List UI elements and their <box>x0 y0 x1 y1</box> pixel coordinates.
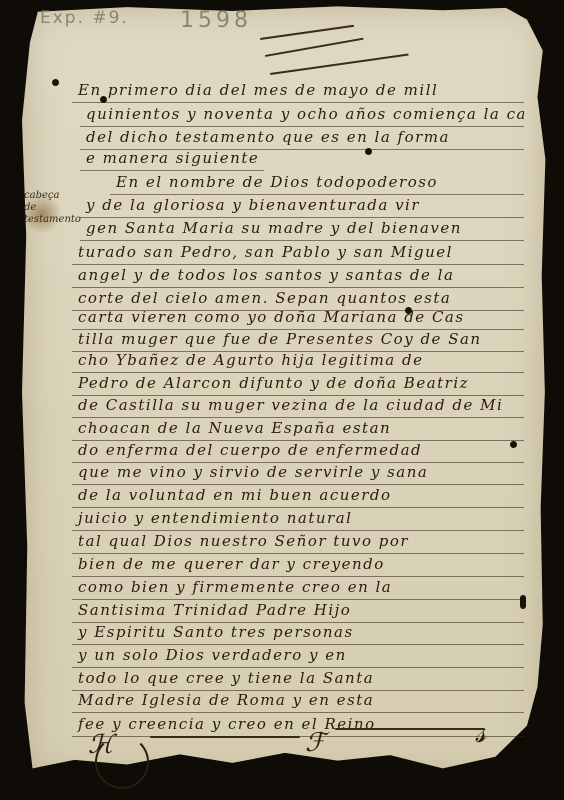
text-line: turado san Pedro, san Pablo y san Miguel <box>72 240 524 265</box>
text-line: e manera siguiente <box>80 146 264 171</box>
text-line: tal qual Dios nuestro Señor tuvo por <box>72 529 524 554</box>
ink-dot <box>365 148 372 155</box>
signature-stroke <box>335 728 485 730</box>
text-line: En primero dia del mes de mayo de mill <box>72 78 524 103</box>
margin-note-line: cabeça de <box>24 190 74 214</box>
margin-note: cabeça de testamento <box>24 190 74 226</box>
text-line: y Espiritu Santo tres personas <box>72 620 524 645</box>
text-line: cho Ybañez de Agurto hija legitima de <box>72 348 524 373</box>
ink-dot <box>510 441 517 448</box>
text-line: juicio y entendimiento natural <box>72 506 524 531</box>
signature-loop <box>95 735 149 789</box>
text-line: de la voluntad en mi buen acuerdo <box>72 483 524 508</box>
text-line: como bien y firmemente creo en la <box>72 575 524 600</box>
text-line: bien de me querer dar y creyendo <box>72 552 524 577</box>
archive-year: 1598 <box>180 8 252 33</box>
ink-dot <box>520 595 526 609</box>
text-line: fee y creencia y creo en el Reino <box>72 712 524 737</box>
text-line: que me vino y sirvio de servirle y sana <box>72 460 524 485</box>
ink-dot <box>405 307 412 314</box>
text-line: En el nombre de Dios todopoderoso <box>110 170 524 195</box>
text-line: gen Santa Maria su madre y del bienaven <box>80 216 524 241</box>
text-line: angel y de todos los santos y santas de … <box>72 263 524 288</box>
text-line: de Castilla su muger vezina de la ciudad… <box>72 393 524 418</box>
text-line: quinientos y noventa y ocho años comienç… <box>80 102 524 127</box>
ink-dot <box>100 96 107 103</box>
archive-annotation: Exp. #9. <box>40 8 129 28</box>
text-line: Madre Iglesia de Roma y en esta <box>72 688 524 713</box>
signature-stroke <box>150 736 300 738</box>
text-line: y un solo Dios verdadero y en <box>72 643 524 668</box>
signature-rubric-center: ℱ <box>305 728 325 758</box>
signature-rubric-right: 𝓈 <box>475 715 486 750</box>
margin-note-line: testamento <box>24 214 74 226</box>
text-line: y de la gloriosa y bienaventurada vir <box>80 193 524 218</box>
ink-dot <box>52 79 59 86</box>
